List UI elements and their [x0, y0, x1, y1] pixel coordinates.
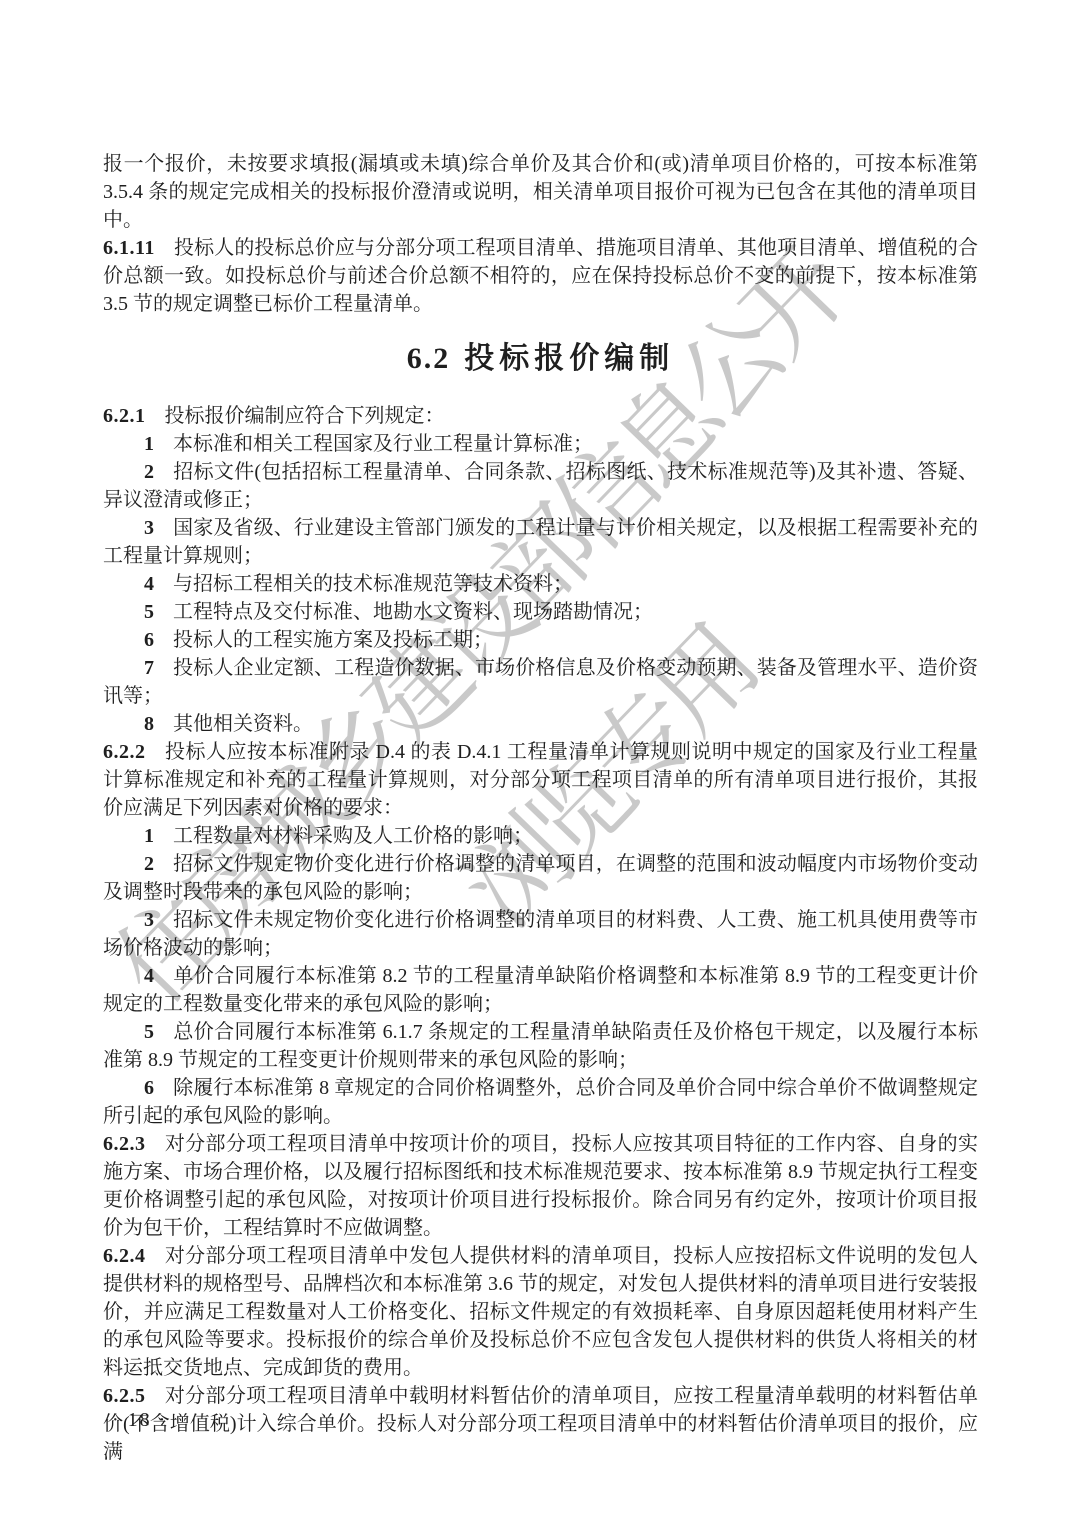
paragraph-text: 其他相关资料。: [173, 713, 313, 735]
list-item: 3招标文件未规定物价变化进行价格调整的清单项目的材料费、人工费、施工机具使用费等…: [103, 906, 978, 962]
paragraph-text: 招标文件(包括招标工程量清单、合同条款、招标图纸、技术标准规范等)及其补遗、答疑…: [103, 461, 978, 511]
clause-number: 6.2.1: [103, 405, 146, 427]
paragraph-text: 投标人企业定额、工程造价数据、市场价格信息及价格变动预期、装备及管理水平、造价资…: [103, 657, 978, 707]
list-item: 2招标文件规定物价变化进行价格调整的清单项目，在调整的范围和波动幅度内市场物价变…: [103, 850, 978, 906]
item-number: 4: [144, 573, 154, 595]
paragraph-text: 招标文件规定物价变化进行价格调整的清单项目，在调整的范围和波动幅度内市场物价变动…: [103, 853, 978, 903]
clause-paragraph: 6.1.11投标人的投标总价应与分部分项工程项目清单、措施项目清单、其他项目清单…: [103, 234, 978, 318]
item-number: 2: [144, 461, 154, 483]
item-number: 4: [144, 965, 154, 987]
clause-number: 6.2.2: [103, 741, 146, 763]
page-number: · 18 ·: [112, 1409, 167, 1431]
clause-paragraph: 6.2.2投标人应按本标准附录 D.4 的表 D.4.1 工程量清单计算规则说明…: [103, 738, 978, 822]
clause-paragraph: 6.2.1投标报价编制应符合下列规定：: [103, 402, 978, 430]
continuation-paragraph: 报一个报价，未按要求填报(漏填或未填)综合单价及其合价和(或)清单项目价格的，可…: [103, 150, 978, 234]
list-item: 3国家及省级、行业建设主管部门颁发的工程计量与计价相关规定，以及根据工程需要补充…: [103, 514, 978, 570]
paragraph-text: 与招标工程相关的技术标准规范等技术资料；: [173, 573, 573, 595]
clause-paragraph: 6.2.3对分部分项工程项目清单中按项计价的项目，投标人应按其项目特征的工作内容…: [103, 1130, 978, 1242]
heading-title: 投标报价编制: [464, 342, 674, 375]
item-number: 1: [144, 825, 154, 847]
item-number: 3: [144, 517, 154, 539]
item-number: 1: [144, 433, 154, 455]
list-item: 6投标人的工程实施方案及投标工期；: [103, 626, 978, 654]
list-item: 6除履行本标准第 8 章规定的合同价格调整外，总价合同及单价合同中综合单价不做调…: [103, 1074, 978, 1130]
paragraph-text: 工程数量对材料采购及人工价格的影响；: [173, 825, 533, 847]
list-item: 1工程数量对材料采购及人工价格的影响；: [103, 822, 978, 850]
list-item: 5工程特点及交付标准、地勘水文资料、现场踏勘情况；: [103, 598, 978, 626]
paragraph-text: 对分部分项工程项目清单中按项计价的项目，投标人应按其项目特征的工作内容、自身的实…: [103, 1133, 978, 1239]
page-footer: · 18 ·: [112, 1408, 167, 1432]
item-number: 6: [144, 629, 154, 651]
paragraph-text: 投标人应按本标准附录 D.4 的表 D.4.1 工程量清单计算规则说明中规定的国…: [103, 741, 978, 819]
list-item: 2招标文件(包括招标工程量清单、合同条款、招标图纸、技术标准规范等)及其补遗、答…: [103, 458, 978, 514]
list-item: 1本标准和相关工程国家及行业工程量计算标准；: [103, 430, 978, 458]
paragraph-text: 本标准和相关工程国家及行业工程量计算标准；: [173, 433, 593, 455]
item-number: 8: [144, 713, 154, 735]
list-item: 7投标人企业定额、工程造价数据、市场价格信息及价格变动预期、装备及管理水平、造价…: [103, 654, 978, 710]
list-item: 5总价合同履行本标准第 6.1.7 条规定的工程量清单缺陷责任及价格包干规定，以…: [103, 1018, 978, 1074]
clause-number: 6.2.3: [103, 1133, 146, 1155]
paragraph-text: 对分部分项工程项目清单中载明材料暂估价的清单项目，应按工程量清单载明的材料暂估单…: [103, 1385, 978, 1463]
clause-paragraph: 6.2.4对分部分项工程项目清单中发包人提供材料的清单项目，投标人应按招标文件说…: [103, 1242, 978, 1382]
document-content: 报一个报价，未按要求填报(漏填或未填)综合单价及其合价和(或)清单项目价格的，可…: [103, 150, 978, 1466]
paragraph-text: 总价合同履行本标准第 6.1.7 条规定的工程量清单缺陷责任及价格包干规定，以及…: [103, 1021, 978, 1071]
list-item: 8其他相关资料。: [103, 710, 978, 738]
list-item: 4单价合同履行本标准第 8.2 节的工程量清单缺陷价格调整和本标准第 8.9 节…: [103, 962, 978, 1018]
clause-number: 6.2.4: [103, 1245, 146, 1267]
paragraph-text: 报一个报价，未按要求填报(漏填或未填)综合单价及其合价和(或)清单项目价格的，可…: [103, 153, 978, 231]
list-item: 4与招标工程相关的技术标准规范等技术资料；: [103, 570, 978, 598]
paragraph-text: 对分部分项工程项目清单中发包人提供材料的清单项目，投标人应按招标文件说明的发包人…: [103, 1245, 978, 1379]
clause-paragraph: 6.2.5对分部分项工程项目清单中载明材料暂估价的清单项目，应按工程量清单载明的…: [103, 1382, 978, 1466]
item-number: 5: [144, 1021, 154, 1043]
paragraph-text: 工程特点及交付标准、地勘水文资料、现场踏勘情况；: [173, 601, 653, 623]
item-number: 5: [144, 601, 154, 623]
paragraph-text: 投标报价编制应符合下列规定：: [165, 405, 445, 427]
paragraph-text: 招标文件未规定物价变化进行价格调整的清单项目的材料费、人工费、施工机具使用费等市…: [103, 909, 978, 959]
clause-number: 6.1.11: [103, 237, 155, 259]
paragraph-text: 投标人的投标总价应与分部分项工程项目清单、措施项目清单、其他项目清单、增值税的合…: [103, 237, 978, 315]
paragraph-text: 国家及省级、行业建设主管部门颁发的工程计量与计价相关规定，以及根据工程需要补充的…: [103, 517, 978, 567]
paragraph-text: 投标人的工程实施方案及投标工期；: [173, 629, 493, 651]
page-container: 住房城乡建设部信息公开 浏览专用 报一个报价，未按要求填报(漏填或未填)综合单价…: [0, 0, 1080, 1529]
heading-number: 6.2: [407, 342, 451, 375]
paragraph-text: 除履行本标准第 8 章规定的合同价格调整外，总价合同及单价合同中综合单价不做调整…: [103, 1077, 978, 1127]
item-number: 3: [144, 909, 154, 931]
section-heading: 6.2投标报价编制: [103, 342, 978, 376]
item-number: 7: [144, 657, 154, 679]
clause-number: 6.2.5: [103, 1385, 146, 1407]
item-number: 6: [144, 1077, 154, 1099]
item-number: 2: [144, 853, 154, 875]
paragraph-text: 单价合同履行本标准第 8.2 节的工程量清单缺陷价格调整和本标准第 8.9 节的…: [103, 965, 978, 1015]
